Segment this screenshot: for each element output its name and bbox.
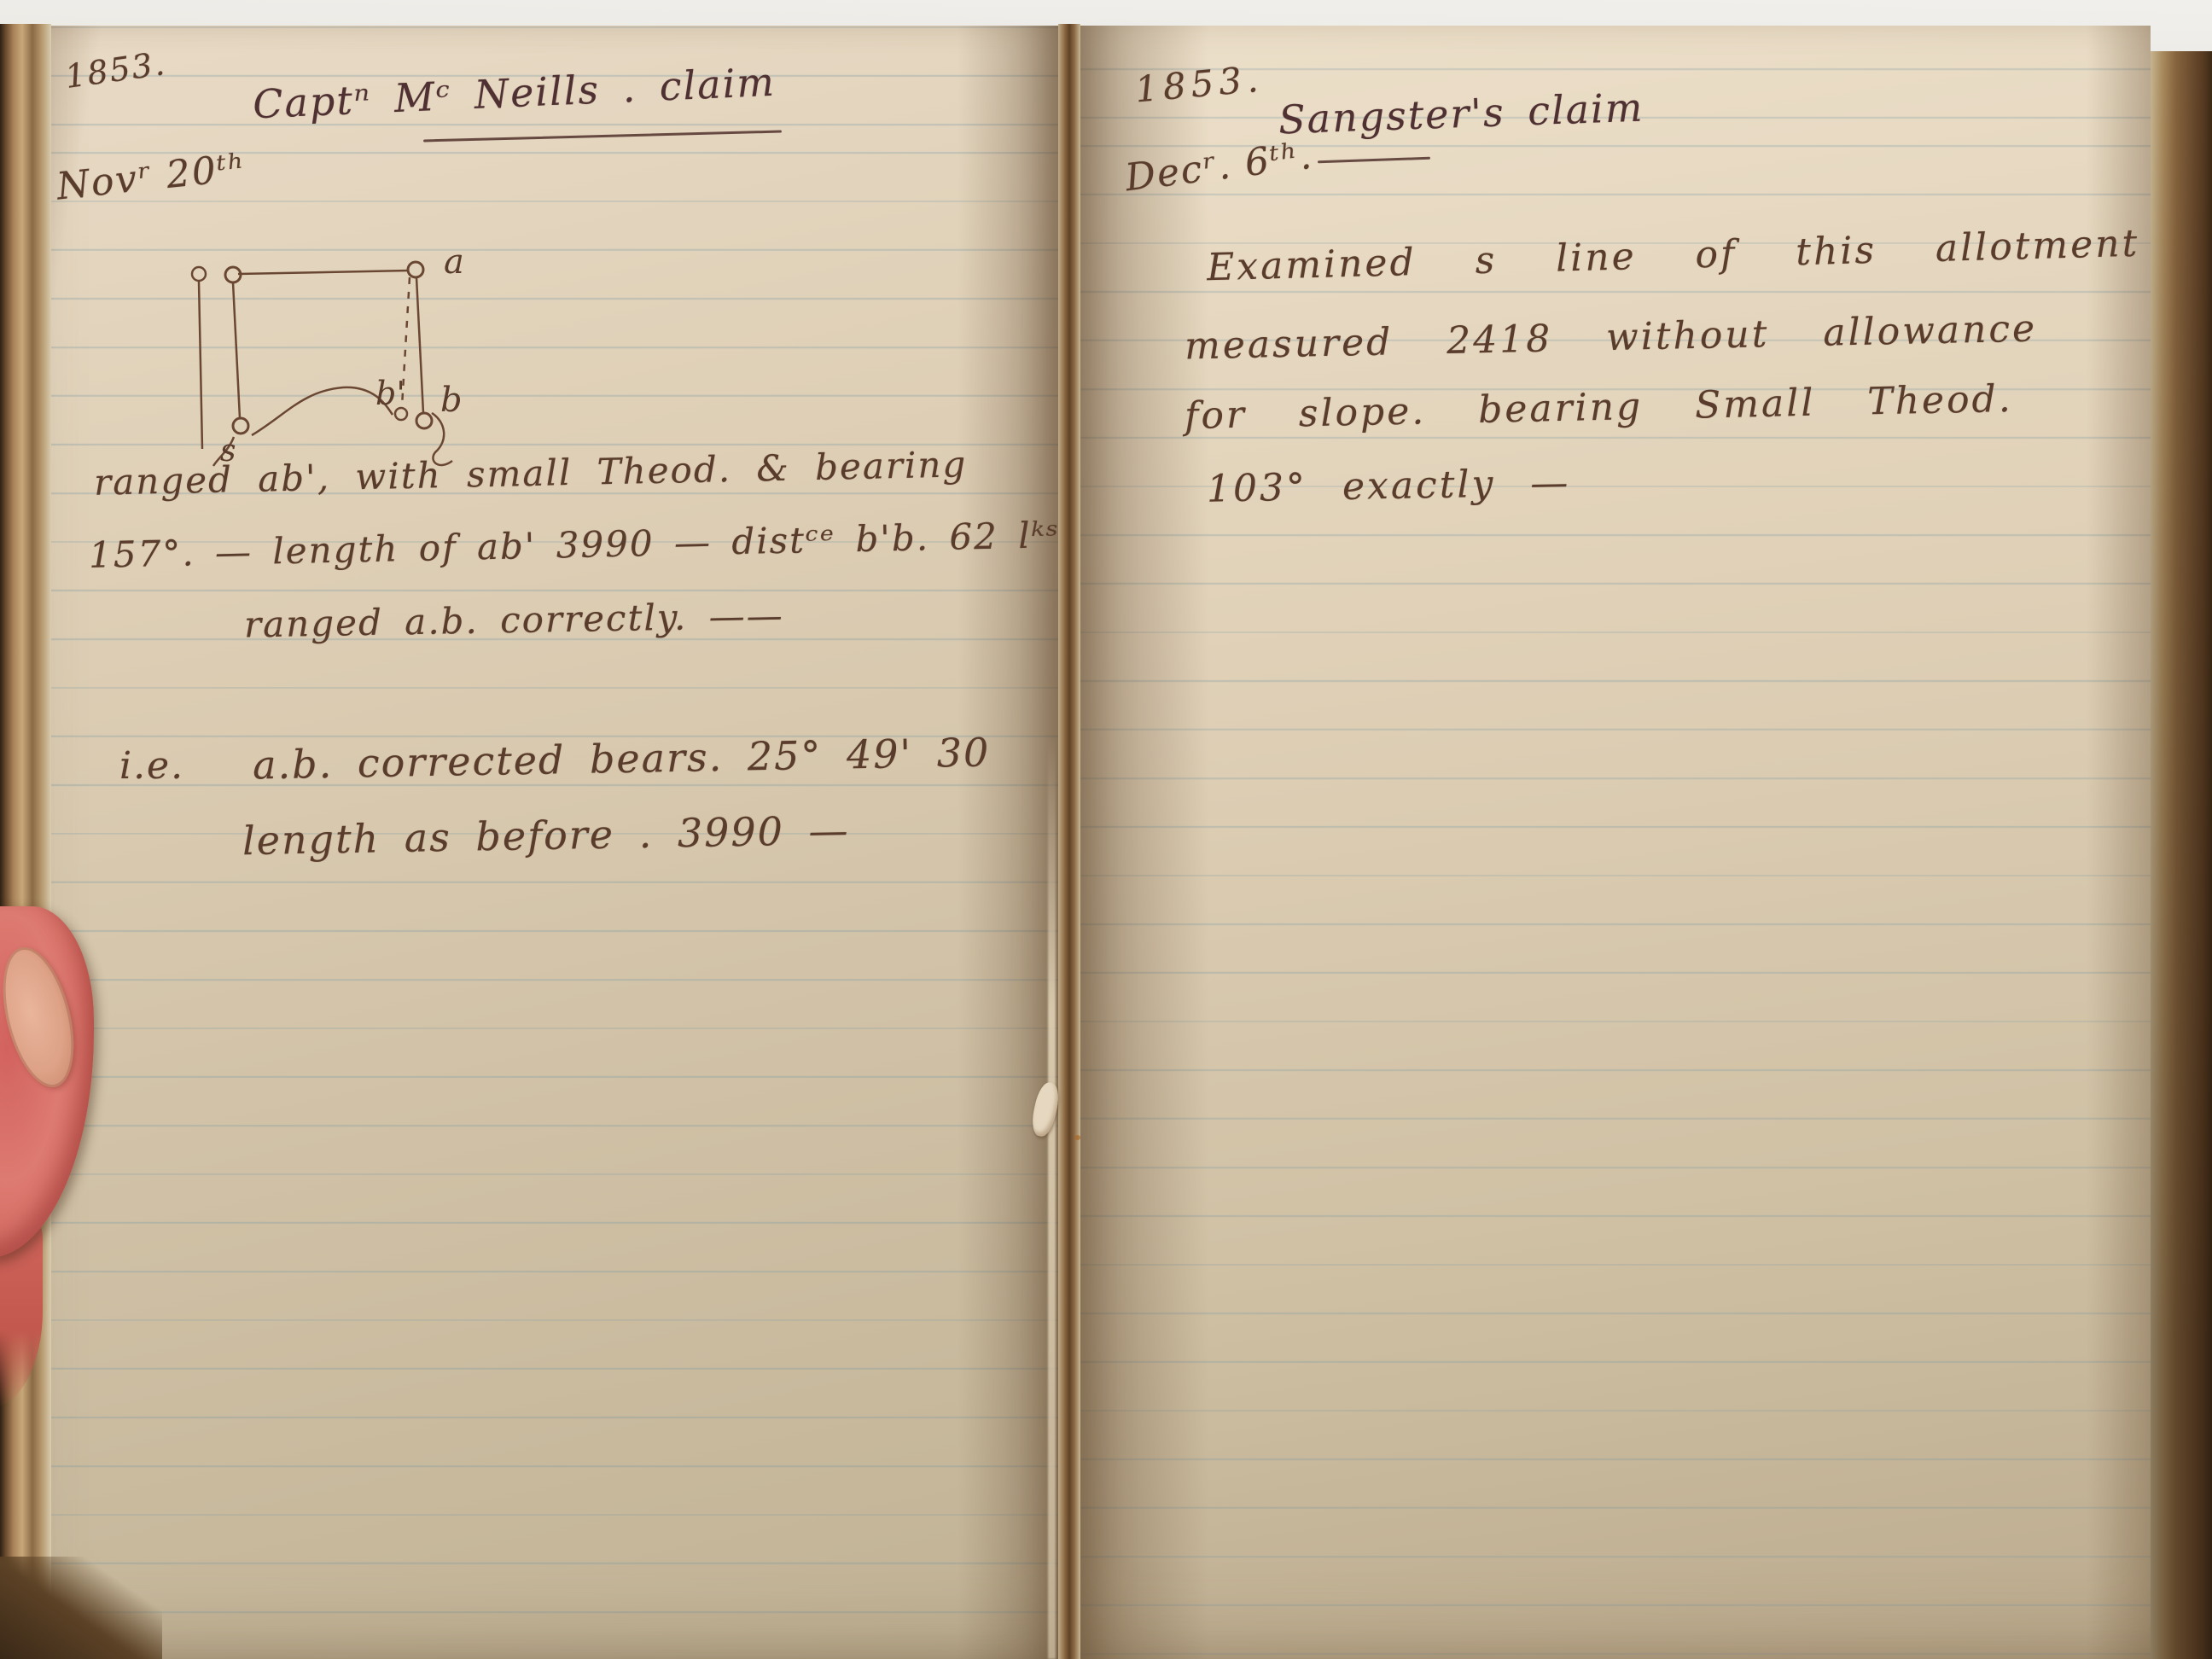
left-date-label: Novʳ 20ᵗʰ [55, 145, 248, 208]
notebook-photo: 1853. Captⁿ Mᶜ Neills . claim Novʳ 20ᵗʰ … [0, 0, 2212, 1659]
survey-point-b [416, 413, 432, 428]
note-line: 157°. — length of ab' 3990 — distᶜᵉ b'b.… [89, 514, 1061, 576]
survey-point-a [408, 262, 423, 277]
note-line: for slope. bearing Small Theod. [1185, 377, 2014, 438]
paper-speck [1074, 1135, 1080, 1140]
sketch-line-a-b [416, 277, 423, 413]
note-line: measured 2418 without allowance [1185, 307, 2038, 369]
note-line: Examined s line of this allotment [1207, 222, 2140, 290]
book-gutter [1058, 24, 1080, 1659]
note-line: a.b. corrected bears. 25° 49' 30 [253, 729, 991, 788]
book-corner-bottom-left [0, 1557, 162, 1659]
book-edge-right-shadow [2151, 51, 2212, 1659]
right-date-label: Decʳ. 6ᵗʰ. [1123, 134, 1316, 201]
note-line: 103° exactly — [1207, 461, 1571, 510]
right-page: 1853. Sangster's claim Decʳ. 6ᵗʰ. Examin… [1080, 26, 2151, 1659]
sketch-curve [252, 387, 393, 435]
left-year-label: 1853. [63, 44, 169, 96]
right-heading-underline [1318, 157, 1430, 164]
survey-point-s [233, 418, 248, 434]
left-heading-underline [423, 131, 782, 143]
survey-point [192, 267, 206, 281]
sketch-line-to-s [233, 282, 240, 418]
sketch-label-b: b [440, 381, 463, 420]
gutter-crease-highlight [1048, 734, 1056, 1659]
left-page-heading: Captⁿ Mᶜ Neills . claim [252, 59, 777, 128]
right-year-label: 1853. [1133, 58, 1265, 111]
note-line: length as before . 3990 — [242, 807, 850, 864]
right-page-heading: Sangster's claim [1278, 84, 1644, 143]
book-page-edges-left [0, 24, 51, 1659]
ie-label: i.e. [119, 744, 184, 788]
sketch-top-line [238, 271, 409, 274]
left-page: 1853. Captⁿ Mᶜ Neills . claim Novʳ 20ᵗʰ … [51, 26, 1058, 1659]
sketch-left-outer-line [199, 282, 202, 449]
sketch-label-a: a [444, 242, 464, 282]
note-line: ranged a.b. correctly. —— [244, 594, 784, 645]
sketch-label-b-prime: b' [375, 375, 405, 412]
